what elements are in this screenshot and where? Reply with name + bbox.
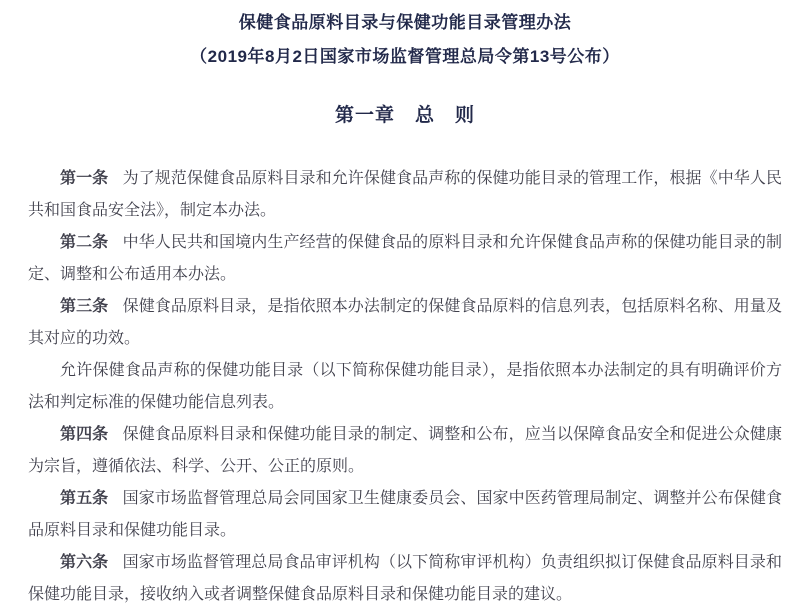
clause-text: 国家市场监督管理总局食品审评机构（以下简称审评机构）负责组织拟订保健食品原料目录… [28,554,782,603]
clause-text: 允许保健食品声称的保健功能目录（以下简称保健功能目录），是指依照本办法制定的具有… [28,362,782,411]
document-page: 保健食品原料目录与保健功能目录管理办法 （2019年8月2日国家市场监督管理总局… [0,0,809,616]
paragraph: 第一条为了规范保健食品原料目录和允许保健食品声称的保健功能目录的管理工作，根据《… [28,163,782,227]
clause-text: 保健食品原料目录和保健功能目录的制定、调整和公布，应当以保障食品安全和促进公众健… [28,426,782,475]
clause-text: 中华人民共和国境内生产经营的保健食品的原料目录和允许保健食品声称的保健功能目录的… [28,234,782,283]
clause-label: 第四条 [60,426,108,443]
clause-label: 第一条 [60,170,108,187]
document-subtitle: （2019年8月2日国家市场监督管理总局令第13号公布） [28,46,782,68]
paragraph: 第四条保健食品原料目录和保健功能目录的制定、调整和公布，应当以保障食品安全和促进… [28,419,782,483]
clause-text: 国家市场监督管理总局会同国家卫生健康委员会、国家中医药管理局制定、调整并公布保健… [28,490,782,539]
document-body: 第一条为了规范保健食品原料目录和允许保健食品声称的保健功能目录的管理工作，根据《… [28,163,782,611]
paragraph: 第六条国家市场监督管理总局食品审评机构（以下简称审评机构）负责组织拟订保健食品原… [28,547,782,611]
clause-text: 保健食品原料目录，是指依照本办法制定的保健食品原料的信息列表，包括原料名称、用量… [28,298,782,347]
clause-label: 第六条 [60,554,108,571]
document-title: 保健食品原料目录与保健功能目录管理办法 [28,12,782,34]
paragraph: 第五条国家市场监督管理总局会同国家卫生健康委员会、国家中医药管理局制定、调整并公… [28,483,782,547]
paragraph: 第三条保健食品原料目录，是指依照本办法制定的保健食品原料的信息列表，包括原料名称… [28,291,782,355]
clause-label: 第三条 [60,298,108,315]
clause-label: 第五条 [60,490,108,507]
clause-label: 第二条 [60,234,108,251]
paragraph: 允许保健食品声称的保健功能目录（以下简称保健功能目录），是指依照本办法制定的具有… [28,355,782,419]
paragraph: 第二条中华人民共和国境内生产经营的保健食品的原料目录和允许保健食品声称的保健功能… [28,227,782,291]
chapter-heading: 第一章 总 则 [28,103,782,129]
clause-text: 为了规范保健食品原料目录和允许保健食品声称的保健功能目录的管理工作，根据《中华人… [28,170,782,219]
